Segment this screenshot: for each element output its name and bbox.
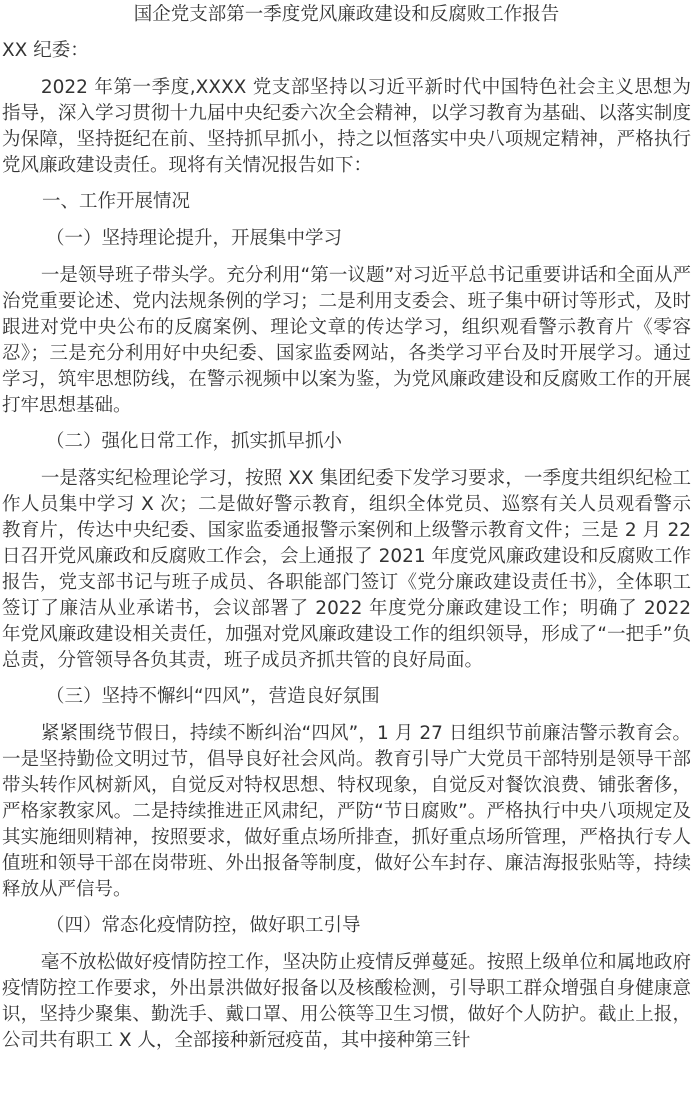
subsection-heading-epidemic-control: （四）常态化疫情防控，做好职工引导	[2, 913, 691, 939]
subsection-heading-four-winds: （三）坚持不懈纠“四风”，营造良好氛围	[2, 684, 691, 710]
subsection-heading-daily-work: （二）强化日常工作，抓实抓早抓小	[2, 429, 691, 455]
subsection-body-epidemic-control: 毫不放松做好疫情防控工作，坚决防止疫情反弹蔓延。按照上级单位和属地政府疫情防控工…	[2, 950, 691, 1054]
subsection-body-theory-study: 一是领导班子带头学。充分利用“第一议题”对习近平总书记重要讲话和全面从严治党重要…	[2, 263, 691, 419]
intro-paragraph: 2022 年第一季度,XXXX 党支部坚持以习近平新时代中国特色社会主义思想为指…	[2, 75, 691, 179]
subsection-heading-theory-study: （一）坚持理论提升，开展集中学习	[2, 226, 691, 252]
subsection-body-daily-work: 一是落实纪检理论学习，按照 XX 集团纪委下发学习要求，一季度共组织纪检工作人员…	[2, 466, 691, 674]
document-page: 国企党支部第一季度党风廉政建设和反腐败工作报告 XX 纪委： 2022 年第一季…	[0, 2, 693, 1054]
subsection-body-four-winds: 紧紧围绕节假日，持续不断纠治“四风”，1 月 27 日组织节前廉洁警示教育会。一…	[2, 721, 691, 903]
document-title: 国企党支部第一季度党风廉政建设和反腐败工作报告	[2, 2, 691, 28]
salutation: XX 纪委：	[2, 38, 691, 64]
section-heading-work-progress: 一、工作开展情况	[2, 189, 691, 215]
